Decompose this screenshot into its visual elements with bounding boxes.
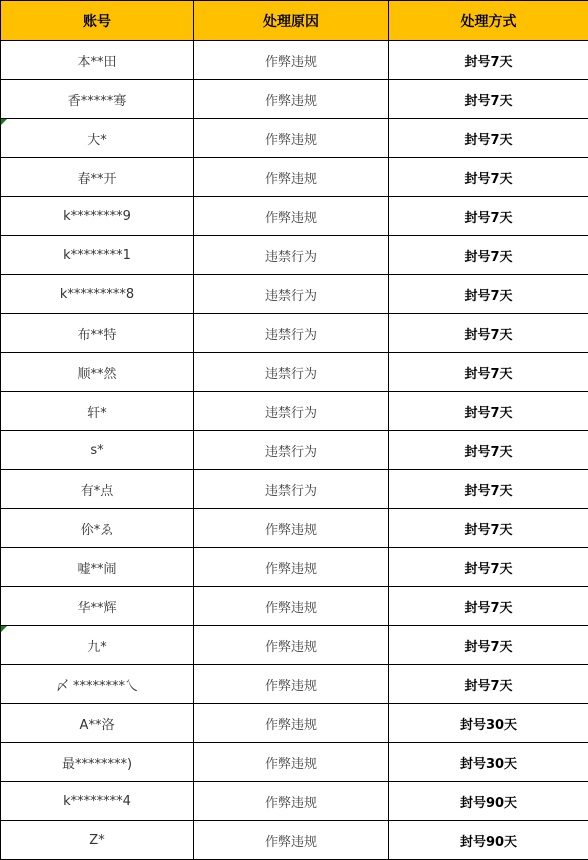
table-row: 华**辉作弊违规封号7天	[1, 587, 588, 626]
table-row: Z*作弊违规封号90天	[1, 821, 588, 860]
table-row: k********1违禁行为封号7天	[1, 236, 588, 275]
column-header-reason: 处理原因	[194, 1, 389, 41]
table-row: A**洛作弊违规封号30天	[1, 704, 588, 743]
action-cell: 封号7天	[389, 626, 588, 665]
account-cell: 最********)	[1, 743, 194, 782]
account-cell: k********4	[1, 782, 194, 821]
account-cell: 香*****骞	[1, 80, 194, 119]
reason-cell: 违禁行为	[194, 431, 389, 470]
column-header-action: 处理方式	[389, 1, 588, 41]
reason-cell: 违禁行为	[194, 392, 389, 431]
cell-corner-indicator-icon	[1, 626, 7, 632]
table-body: 本**田作弊违规封号7天香*****骞作弊违规封号7天大*作弊违规封号7天春**…	[1, 41, 588, 860]
table-row: 布**特违禁行为封号7天	[1, 314, 588, 353]
account-cell: Z*	[1, 821, 194, 860]
action-cell: 封号7天	[389, 665, 588, 704]
action-cell: 封号30天	[389, 743, 588, 782]
table-header: 账号 处理原因 处理方式	[1, 1, 588, 41]
reason-cell: 作弊违规	[194, 509, 389, 548]
table-row: 本**田作弊违规封号7天	[1, 41, 588, 80]
table-row: 九*作弊违规封号7天	[1, 626, 588, 665]
table-row: 最********)作弊违规封号30天	[1, 743, 588, 782]
reason-cell: 作弊违规	[194, 587, 389, 626]
reason-cell: 违禁行为	[194, 275, 389, 314]
table-row: k********4作弊违规封号90天	[1, 782, 588, 821]
table-row: 顺**然违禁行为封号7天	[1, 353, 588, 392]
reason-cell: 作弊违规	[194, 80, 389, 119]
table-row: 有*点违禁行为封号7天	[1, 470, 588, 509]
account-cell: 〆 ********乀	[1, 665, 194, 704]
account-cell: k********1	[1, 236, 194, 275]
account-cell: 顺**然	[1, 353, 194, 392]
reason-cell: 违禁行为	[194, 314, 389, 353]
account-cell: 布**特	[1, 314, 194, 353]
reason-cell: 违禁行为	[194, 353, 389, 392]
table-row: 香*****骞作弊违规封号7天	[1, 80, 588, 119]
action-cell: 封号7天	[389, 158, 588, 197]
reason-cell: 违禁行为	[194, 470, 389, 509]
table-row: 大*作弊违规封号7天	[1, 119, 588, 158]
reason-cell: 作弊违规	[194, 665, 389, 704]
table-row: 春**开作弊违规封号7天	[1, 158, 588, 197]
column-header-account: 账号	[1, 1, 194, 41]
table-row: 轩*违禁行为封号7天	[1, 392, 588, 431]
reason-cell: 作弊违规	[194, 158, 389, 197]
reason-cell: 作弊违规	[194, 548, 389, 587]
reason-cell: 作弊违规	[194, 782, 389, 821]
header-row: 账号 处理原因 处理方式	[1, 1, 588, 41]
action-cell: 封号7天	[389, 41, 588, 80]
action-cell: 封号7天	[389, 314, 588, 353]
action-cell: 封号90天	[389, 821, 588, 860]
action-cell: 封号7天	[389, 197, 588, 236]
account-cell: 大*	[1, 119, 194, 158]
reason-cell: 违禁行为	[194, 236, 389, 275]
table-row: k********9作弊违规封号7天	[1, 197, 588, 236]
action-cell: 封号7天	[389, 509, 588, 548]
table-row: s*违禁行为封号7天	[1, 431, 588, 470]
reason-cell: 作弊违规	[194, 119, 389, 158]
account-cell: 华**辉	[1, 587, 194, 626]
account-cell: 春**开	[1, 158, 194, 197]
account-cell: A**洛	[1, 704, 194, 743]
action-cell: 封号7天	[389, 275, 588, 314]
action-cell: 封号7天	[389, 353, 588, 392]
action-cell: 封号90天	[389, 782, 588, 821]
account-cell: s*	[1, 431, 194, 470]
action-cell: 封号7天	[389, 119, 588, 158]
table-row: 伱*ゑ作弊违规封号7天	[1, 509, 588, 548]
action-cell: 封号7天	[389, 470, 588, 509]
reason-cell: 作弊违规	[194, 197, 389, 236]
action-cell: 封号7天	[389, 236, 588, 275]
action-cell: 封号7天	[389, 392, 588, 431]
table-row: 〆 ********乀作弊违规封号7天	[1, 665, 588, 704]
action-cell: 封号7天	[389, 431, 588, 470]
reason-cell: 作弊违规	[194, 821, 389, 860]
action-cell: 封号7天	[389, 587, 588, 626]
account-cell: k********9	[1, 197, 194, 236]
action-cell: 封号7天	[389, 548, 588, 587]
table-row: 嘘**闹作弊违规封号7天	[1, 548, 588, 587]
reason-cell: 作弊违规	[194, 743, 389, 782]
account-cell: 本**田	[1, 41, 194, 80]
account-cell: 有*点	[1, 470, 194, 509]
cell-corner-indicator-icon	[1, 119, 7, 125]
action-cell: 封号7天	[389, 80, 588, 119]
table-row: k*********8违禁行为封号7天	[1, 275, 588, 314]
account-cell: 嘘**闹	[1, 548, 194, 587]
reason-cell: 作弊违规	[194, 626, 389, 665]
ban-list-table: 账号 处理原因 处理方式 本**田作弊违规封号7天香*****骞作弊违规封号7天…	[0, 0, 588, 860]
account-cell: k*********8	[1, 275, 194, 314]
reason-cell: 作弊违规	[194, 704, 389, 743]
account-cell: 九*	[1, 626, 194, 665]
reason-cell: 作弊违规	[194, 41, 389, 80]
account-cell: 轩*	[1, 392, 194, 431]
account-cell: 伱*ゑ	[1, 509, 194, 548]
action-cell: 封号30天	[389, 704, 588, 743]
